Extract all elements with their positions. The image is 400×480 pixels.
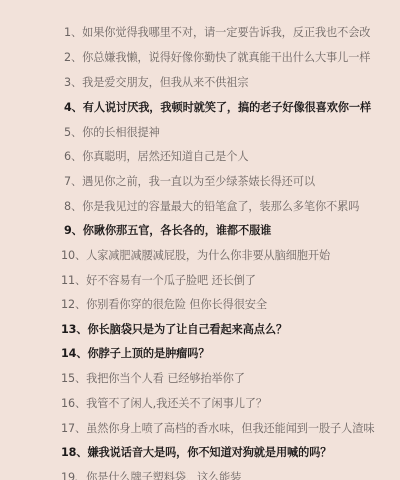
item-text: 你是我见过的容量最大的铅笔盒了，装那么多笔你不累吗 [82, 200, 359, 213]
list-item: 9、你瞅你那五官，各长各的，谁都不服谁 [64, 221, 271, 241]
item-number: 7、 [64, 172, 82, 192]
list-item: 17、虽然你身上喷了高档的香水味，但我还能闻到一股子人渣味 [61, 419, 374, 439]
list-item: 2、你总嫌我懒，说得好像你勤快了就真能干出什么大事儿一样 [64, 48, 370, 68]
list-item: 12、你别看你穿的很危险 但你长得很安全 [61, 295, 267, 315]
item-text: 你真聪明，居然还知道自己是个人 [82, 150, 248, 163]
item-text: 我管不了闲人,我还关不了闲事儿了？ [86, 397, 267, 410]
item-number: 6、 [64, 147, 82, 167]
item-number: 5、 [64, 123, 82, 143]
item-number: 2、 [64, 48, 82, 68]
item-text: 你是什么牌子塑料袋，这么能装 [86, 471, 241, 480]
item-text: 你总嫌我懒，说得好像你勤快了就真能干出什么大事儿一样 [82, 51, 370, 64]
item-text: 你的长相很提神 [82, 126, 160, 139]
item-number: 14、 [61, 344, 87, 364]
item-number: 15、 [61, 369, 86, 389]
item-text: 我把你当个人看 已经够抬举你了 [86, 372, 245, 385]
list-item: 6、你真聪明，居然还知道自己是个人 [64, 147, 248, 167]
item-text: 嫌我说话音大是吗，你不知道对狗就是用喊的吗？ [87, 446, 331, 459]
list-item: 10、人家减肥减腰减屁股，为什么你非要从脑细胞开始 [61, 246, 330, 266]
list-item: 8、你是我见过的容量最大的铅笔盒了，装那么多笔你不累吗 [64, 197, 359, 217]
item-number: 17、 [61, 419, 86, 439]
list-item: 16、我管不了闲人,我还关不了闲事儿了？ [61, 394, 267, 414]
list-item: 5、你的长相很提神 [64, 123, 160, 143]
item-number: 3、 [64, 73, 82, 93]
item-number: 13、 [61, 320, 87, 340]
item-number: 11、 [61, 271, 86, 291]
item-number: 8、 [64, 197, 82, 217]
item-number: 10、 [61, 246, 86, 266]
item-number: 9、 [64, 221, 83, 241]
item-text: 有人说讨厌我，我顿时就笑了，搞的老子好像很喜欢你一样 [83, 101, 371, 114]
item-text: 人家减肥减腰减屁股，为什么你非要从脑细胞开始 [86, 249, 330, 262]
item-number: 12、 [61, 295, 86, 315]
list-item: 14、你脖子上顶的是肿瘤吗？ [61, 344, 209, 364]
list-item: 1、如果你觉得我哪里不对，请一定要告诉我，反正我也不会改 [64, 23, 370, 43]
list-item: 4、有人说讨厌我，我顿时就笑了，搞的老子好像很喜欢你一样 [64, 98, 371, 118]
list-item: 13、你长脑袋只是为了让自己看起来高点么？ [61, 320, 287, 340]
item-text: 好不容易有一个瓜子脸吧 还长倒了 [86, 274, 256, 287]
item-text: 我是爱交朋友，但我从来不供祖宗 [82, 76, 248, 89]
document-page: 1、如果你觉得我哪里不对，请一定要告诉我，反正我也不会改 2、你总嫌我懒，说得好… [0, 0, 400, 480]
item-text: 如果你觉得我哪里不对，请一定要告诉我，反正我也不会改 [82, 26, 370, 39]
list-item: 11、好不容易有一个瓜子脸吧 还长倒了 [61, 271, 256, 291]
item-number: 19、 [61, 468, 86, 480]
item-number: 4、 [64, 98, 83, 118]
item-text: 你脖子上顶的是肿瘤吗？ [87, 347, 209, 360]
item-number: 1、 [64, 23, 82, 43]
item-text: 你别看你穿的很危险 但你长得很安全 [86, 298, 267, 311]
item-text: 虽然你身上喷了高档的香水味，但我还能闻到一股子人渣味 [86, 422, 374, 435]
list-item: 18、嫌我说话音大是吗，你不知道对狗就是用喊的吗？ [61, 443, 331, 463]
item-text: 你长脑袋只是为了让自己看起来高点么？ [87, 323, 287, 336]
list-item: 15、我把你当个人看 已经够抬举你了 [61, 369, 245, 389]
item-number: 16、 [61, 394, 86, 414]
list-item: 3、我是爱交朋友，但我从来不供祖宗 [64, 73, 248, 93]
list-item: 19、你是什么牌子塑料袋，这么能装 [61, 468, 241, 480]
item-number: 18、 [61, 443, 87, 463]
item-text: 遇见你之前，我一直以为至少绿茶婊长得还可以 [82, 175, 315, 188]
item-text: 你瞅你那五官，各长各的，谁都不服谁 [83, 224, 272, 237]
list-item: 7、遇见你之前，我一直以为至少绿茶婊长得还可以 [64, 172, 315, 192]
